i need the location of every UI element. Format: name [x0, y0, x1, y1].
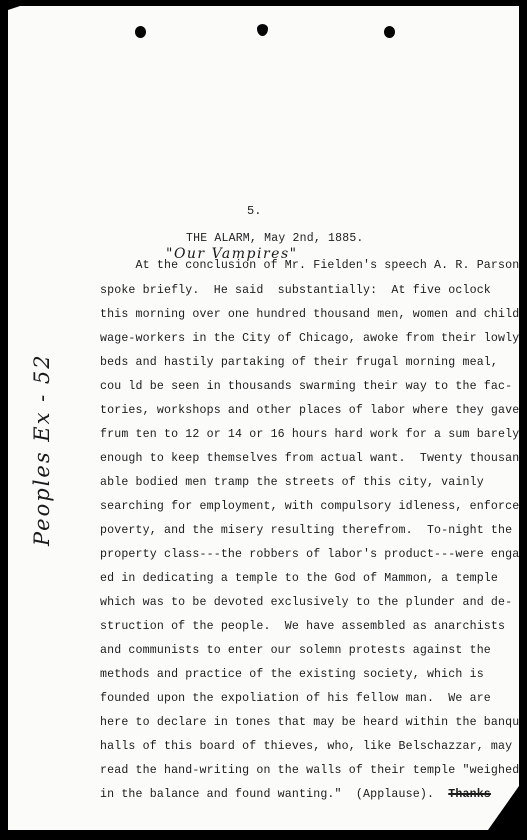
text-line: methods and practice of the existing soc… [100, 668, 484, 681]
struck-out-text: Thanks [448, 788, 491, 801]
text-line: searching for employment, with compulsor… [100, 500, 526, 513]
text-line: ed in dedicating a temple to the God of … [100, 572, 498, 585]
text-line: which was to be devoted exclusively to t… [100, 596, 512, 609]
text-line: wage-workers in the City of Chicago, awo… [100, 332, 519, 345]
text-line: in the balance and found wanting." (Appl… [100, 788, 491, 801]
text-line: tories, workshops and other places of la… [100, 404, 519, 417]
punch-hole [384, 26, 395, 38]
text-line: halls of this board of thieves, who, lik… [100, 740, 512, 753]
margin-annotation: Peoples Ex - 52 [30, 353, 54, 546]
text-line: enough to keep themselves from actual wa… [100, 452, 526, 465]
text-line: this morning over one hundred thousand m… [100, 308, 527, 321]
punch-hole [257, 24, 268, 36]
text-line: frum ten to 12 or 14 or 16 hours hard wo… [100, 428, 519, 441]
text-line: able bodied men tramp the streets of thi… [100, 476, 484, 489]
text-line: At the conclusion of Mr. Fielden's speec… [100, 259, 526, 272]
text-line: read the hand-writing on the walls of th… [100, 764, 519, 777]
text-line: struction of the people. We have assembl… [100, 620, 505, 633]
document-heading: THE ALARM, May 2nd, 1885. [186, 232, 364, 245]
punch-hole [135, 26, 146, 38]
text-line-content: in the balance and found wanting." (Appl… [100, 788, 448, 801]
text-line: here to declare in tones that may be hea… [100, 716, 527, 729]
text-line: spoke briefly. He said substantially: At… [100, 284, 491, 297]
text-line: founded upon the expoliation of his fell… [100, 692, 491, 705]
text-line: and communists to enter our solemn prote… [100, 644, 491, 657]
text-line: poverty, and the misery resulting theref… [100, 524, 512, 537]
text-line: beds and hastily partaking of their frug… [100, 356, 498, 369]
document-page: 5. THE ALARM, May 2nd, 1885. "Our Vampir… [8, 6, 519, 830]
page-number: 5. [247, 204, 261, 218]
text-line: cou ld be seen in thousands swarming the… [100, 380, 512, 393]
text-line: property class---the robbers of labor's … [100, 548, 527, 561]
